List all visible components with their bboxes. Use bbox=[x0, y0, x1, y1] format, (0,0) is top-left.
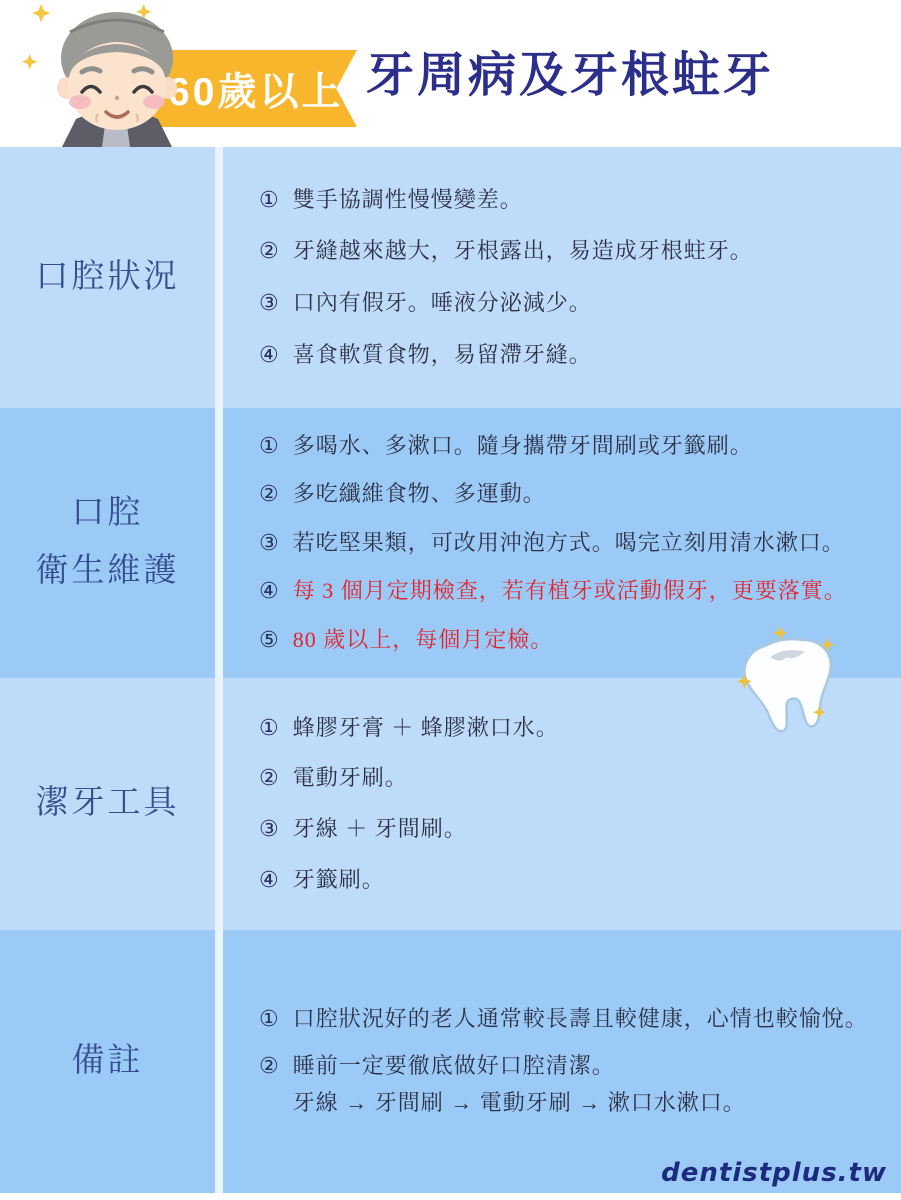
row-label: 備註 bbox=[0, 930, 215, 1193]
tooth-icon bbox=[733, 616, 851, 748]
list-item-highlighted: ④ 每 3 個月定期檢查，若有植牙或活動假牙，更要落實。 bbox=[259, 577, 881, 606]
item-text: 蜂膠牙膏 ＋ 蜂膠漱口水。 bbox=[293, 714, 559, 743]
item-number: ① bbox=[259, 432, 279, 461]
item-number: ② bbox=[259, 480, 279, 509]
watermark: dentistplus.tw bbox=[661, 1158, 887, 1188]
item-number: ② bbox=[259, 237, 279, 266]
list-item: ③ 牙線 ＋ 牙間刷。 bbox=[259, 815, 881, 844]
list-item: ④ 喜食軟質食物，易留滯牙縫。 bbox=[259, 341, 881, 370]
item-number: ② bbox=[259, 1052, 279, 1081]
column-divider bbox=[215, 678, 223, 930]
row-content: ① 口腔狀況好的老人通常較長壽且較健康，心情也較愉悅。 ② 睡前一定要徹底做好口… bbox=[223, 930, 901, 1193]
item-number: ④ bbox=[259, 866, 279, 895]
item-text: 雙手協調性慢慢變差。 bbox=[293, 186, 523, 215]
item-text-line1: 睡前一定要徹底做好口腔清潔。 bbox=[293, 1053, 615, 1078]
item-text: 牙線 ＋ 牙間刷。 bbox=[293, 815, 467, 844]
item-text: 若吃堅果類，可改用沖泡方式。喝完立刻用清水漱口。 bbox=[293, 529, 845, 558]
list-item: ④ 牙籤刷。 bbox=[259, 866, 881, 895]
elderly-man-illustration bbox=[10, 2, 232, 147]
row-label-text: 備註 bbox=[72, 1033, 144, 1091]
item-text: 牙縫越來越大，牙根露出，易造成牙根蛀牙。 bbox=[293, 237, 753, 266]
item-text: 口內有假牙。唾液分泌減少。 bbox=[293, 289, 592, 318]
list-item: ③ 口內有假牙。唾液分泌減少。 bbox=[259, 289, 881, 318]
row-label-text: 潔牙工具 bbox=[36, 775, 180, 833]
item-number: ① bbox=[259, 1005, 279, 1034]
item-text: 多吃纖維食物、多運動。 bbox=[293, 480, 546, 509]
tooth-icon bbox=[733, 616, 851, 748]
item-text: 睡前一定要徹底做好口腔清潔。 牙線 → 牙間刷 → 電動牙刷 → 漱口水漱口。 bbox=[293, 1052, 746, 1118]
list-item: ② 牙縫越來越大，牙根露出，易造成牙根蛀牙。 bbox=[259, 237, 881, 266]
item-number: ③ bbox=[259, 289, 279, 318]
item-text: 多喝水、多漱口。隨身攜帶牙間刷或牙籤刷。 bbox=[293, 432, 753, 461]
row-label: 口腔狀況 bbox=[0, 147, 215, 408]
item-text: 每 3 個月定期檢查，若有植牙或活動假牙，更要落實。 bbox=[293, 577, 847, 606]
item-text: 80 歲以上，每個月定檢。 bbox=[293, 626, 554, 655]
item-number: ① bbox=[259, 186, 279, 215]
item-text: 電動牙刷。 bbox=[293, 764, 408, 793]
table-row-notes: 備註 ① 口腔狀況好的老人通常較長壽且較健康，心情也較愉悅。 ② 睡前一定要徹底… bbox=[0, 930, 901, 1193]
column-divider bbox=[215, 408, 223, 678]
infographic: 60歲以上 牙周病及牙根蛀牙 bbox=[0, 0, 901, 1200]
row-content: ① 雙手協調性慢慢變差。 ② 牙縫越來越大，牙根露出，易造成牙根蛀牙。 ③ 口內… bbox=[223, 147, 901, 408]
item-text: 牙籤刷。 bbox=[293, 866, 385, 895]
elderly-man-illustration bbox=[10, 2, 232, 147]
item-number: ① bbox=[259, 714, 279, 743]
header: 60歲以上 牙周病及牙根蛀牙 bbox=[0, 0, 901, 147]
list-item: ① 口腔狀況好的老人通常較長壽且較健康，心情也較愉悅。 bbox=[259, 1005, 881, 1034]
item-text: 喜食軟質食物，易留滯牙縫。 bbox=[293, 341, 592, 370]
list-item: ③ 若吃堅果類，可改用沖泡方式。喝完立刻用清水漱口。 bbox=[259, 529, 881, 558]
item-text: 口腔狀況好的老人通常較長壽且較健康，心情也較愉悅。 bbox=[293, 1005, 868, 1034]
list-item: ② 電動牙刷。 bbox=[259, 764, 881, 793]
row-label: 潔牙工具 bbox=[0, 678, 215, 930]
list-item: ① 雙手協調性慢慢變差。 bbox=[259, 186, 881, 215]
column-divider bbox=[215, 147, 223, 408]
item-text-line2: 牙線 → 牙間刷 → 電動牙刷 → 漱口水漱口。 bbox=[293, 1089, 746, 1118]
list-item: ② 睡前一定要徹底做好口腔清潔。 牙線 → 牙間刷 → 電動牙刷 → 漱口水漱口… bbox=[259, 1052, 881, 1118]
list-item: ② 多吃纖維食物、多運動。 bbox=[259, 480, 881, 509]
item-number: ② bbox=[259, 764, 279, 793]
column-divider bbox=[215, 930, 223, 1193]
row-label-text: 口腔 bbox=[72, 485, 144, 543]
row-label-text: 衛生維護 bbox=[36, 543, 180, 601]
page-title: 牙周病及牙根蛀牙 bbox=[366, 50, 774, 103]
item-number: ③ bbox=[259, 815, 279, 844]
item-number: ④ bbox=[259, 577, 279, 606]
table-row-oral-condition: 口腔狀況 ① 雙手協調性慢慢變差。 ② 牙縫越來越大，牙根露出，易造成牙根蛀牙。… bbox=[0, 147, 901, 408]
row-label-text: 口腔狀況 bbox=[36, 249, 180, 307]
item-number: ③ bbox=[259, 529, 279, 558]
item-number: ④ bbox=[259, 341, 279, 370]
row-label: 口腔 衛生維護 bbox=[0, 408, 215, 678]
item-number: ⑤ bbox=[259, 626, 279, 655]
list-item: ① 多喝水、多漱口。隨身攜帶牙間刷或牙籤刷。 bbox=[259, 432, 881, 461]
